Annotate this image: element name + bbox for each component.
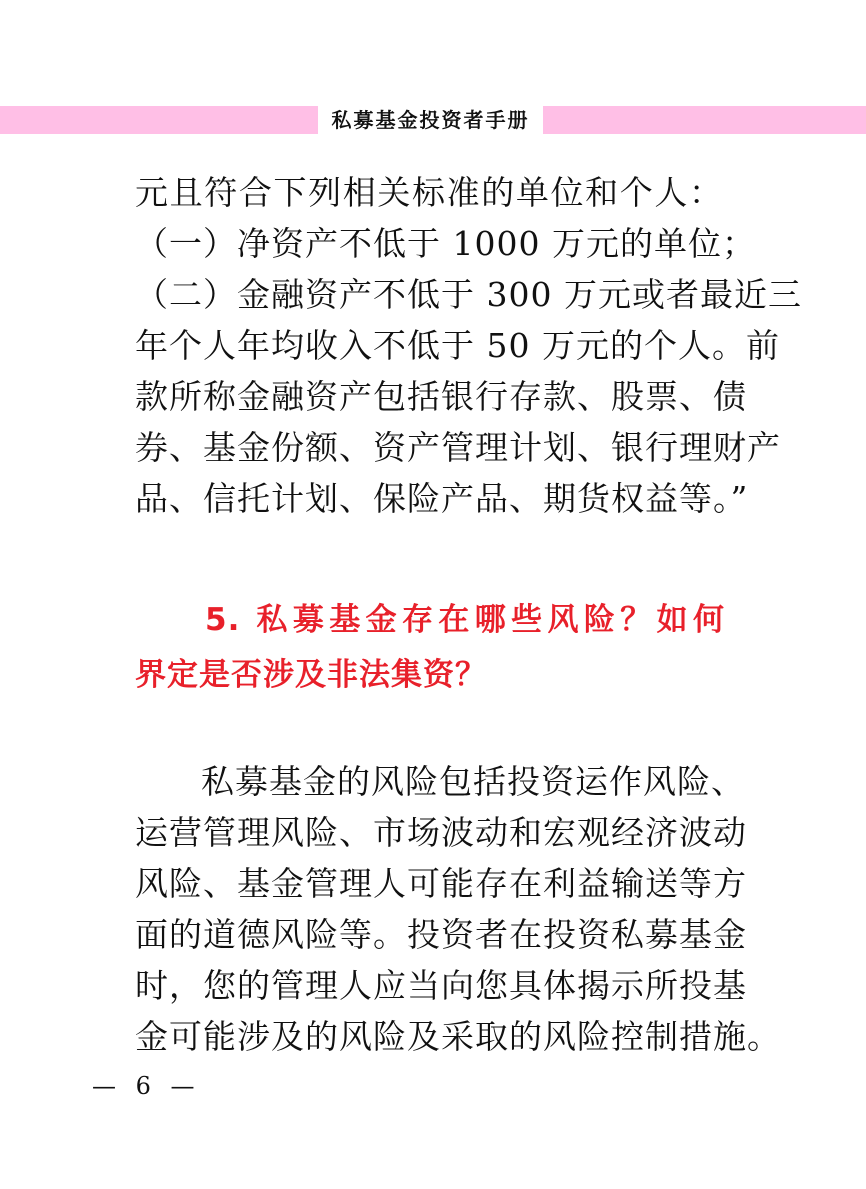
paragraph-line: （一）净资产不低于 1000 万元的单位； (135, 218, 723, 269)
paragraph-line: 品、信托计划、保险产品、期货权益等。” (135, 473, 723, 524)
paragraph-line: 风险、基金管理人可能存在利益输送等方 (135, 858, 723, 909)
header-decorative-bar-left (0, 106, 318, 134)
paragraph-line: 款所称金融资产包括银行存款、股票、债 (135, 371, 723, 422)
heading-line: 界定是否涉及非法集资？ (135, 653, 725, 708)
paragraph-line: 金可能涉及的风险及采取的风险控制措施。 (135, 1011, 723, 1062)
book-title: 私募基金投资者手册 (318, 106, 543, 134)
paragraph-line: 券、基金份额、资产管理计划、银行理财产 (135, 422, 723, 473)
paragraph-line: 私募基金的风险包括投资运作风险、 (135, 756, 723, 807)
continued-paragraph: 元且符合下列相关标准的单位和个人： （一）净资产不低于 1000 万元的单位； … (135, 167, 723, 524)
paragraph-line: 时，您的管理人应当向您具体揭示所投基 (135, 960, 723, 1011)
answer-paragraph: 私募基金的风险包括投资运作风险、 运营管理风险、市场波动和宏观经济波动 风险、基… (135, 756, 723, 1062)
paragraph-line: 面的道德风险等。投资者在投资私募基金 (135, 909, 723, 960)
paragraph-line: （二）金融资产不低于 300 万元或者最近三 (135, 269, 723, 320)
paragraph-line: 年个人年均收入不低于 50 万元的个人。前 (135, 320, 723, 371)
running-header: 私募基金投资者手册 (0, 106, 866, 134)
paragraph-line: 运营管理风险、市场波动和宏观经济波动 (135, 807, 723, 858)
page-number: — 6 — (92, 1072, 201, 1100)
header-decorative-bar-right (543, 106, 866, 134)
paragraph-line: 元且符合下列相关标准的单位和个人： (135, 167, 723, 218)
heading-line: 5. 私募基金存在哪些风险？如何 (135, 598, 725, 653)
question-heading: 5. 私募基金存在哪些风险？如何 界定是否涉及非法集资？ (135, 598, 725, 708)
